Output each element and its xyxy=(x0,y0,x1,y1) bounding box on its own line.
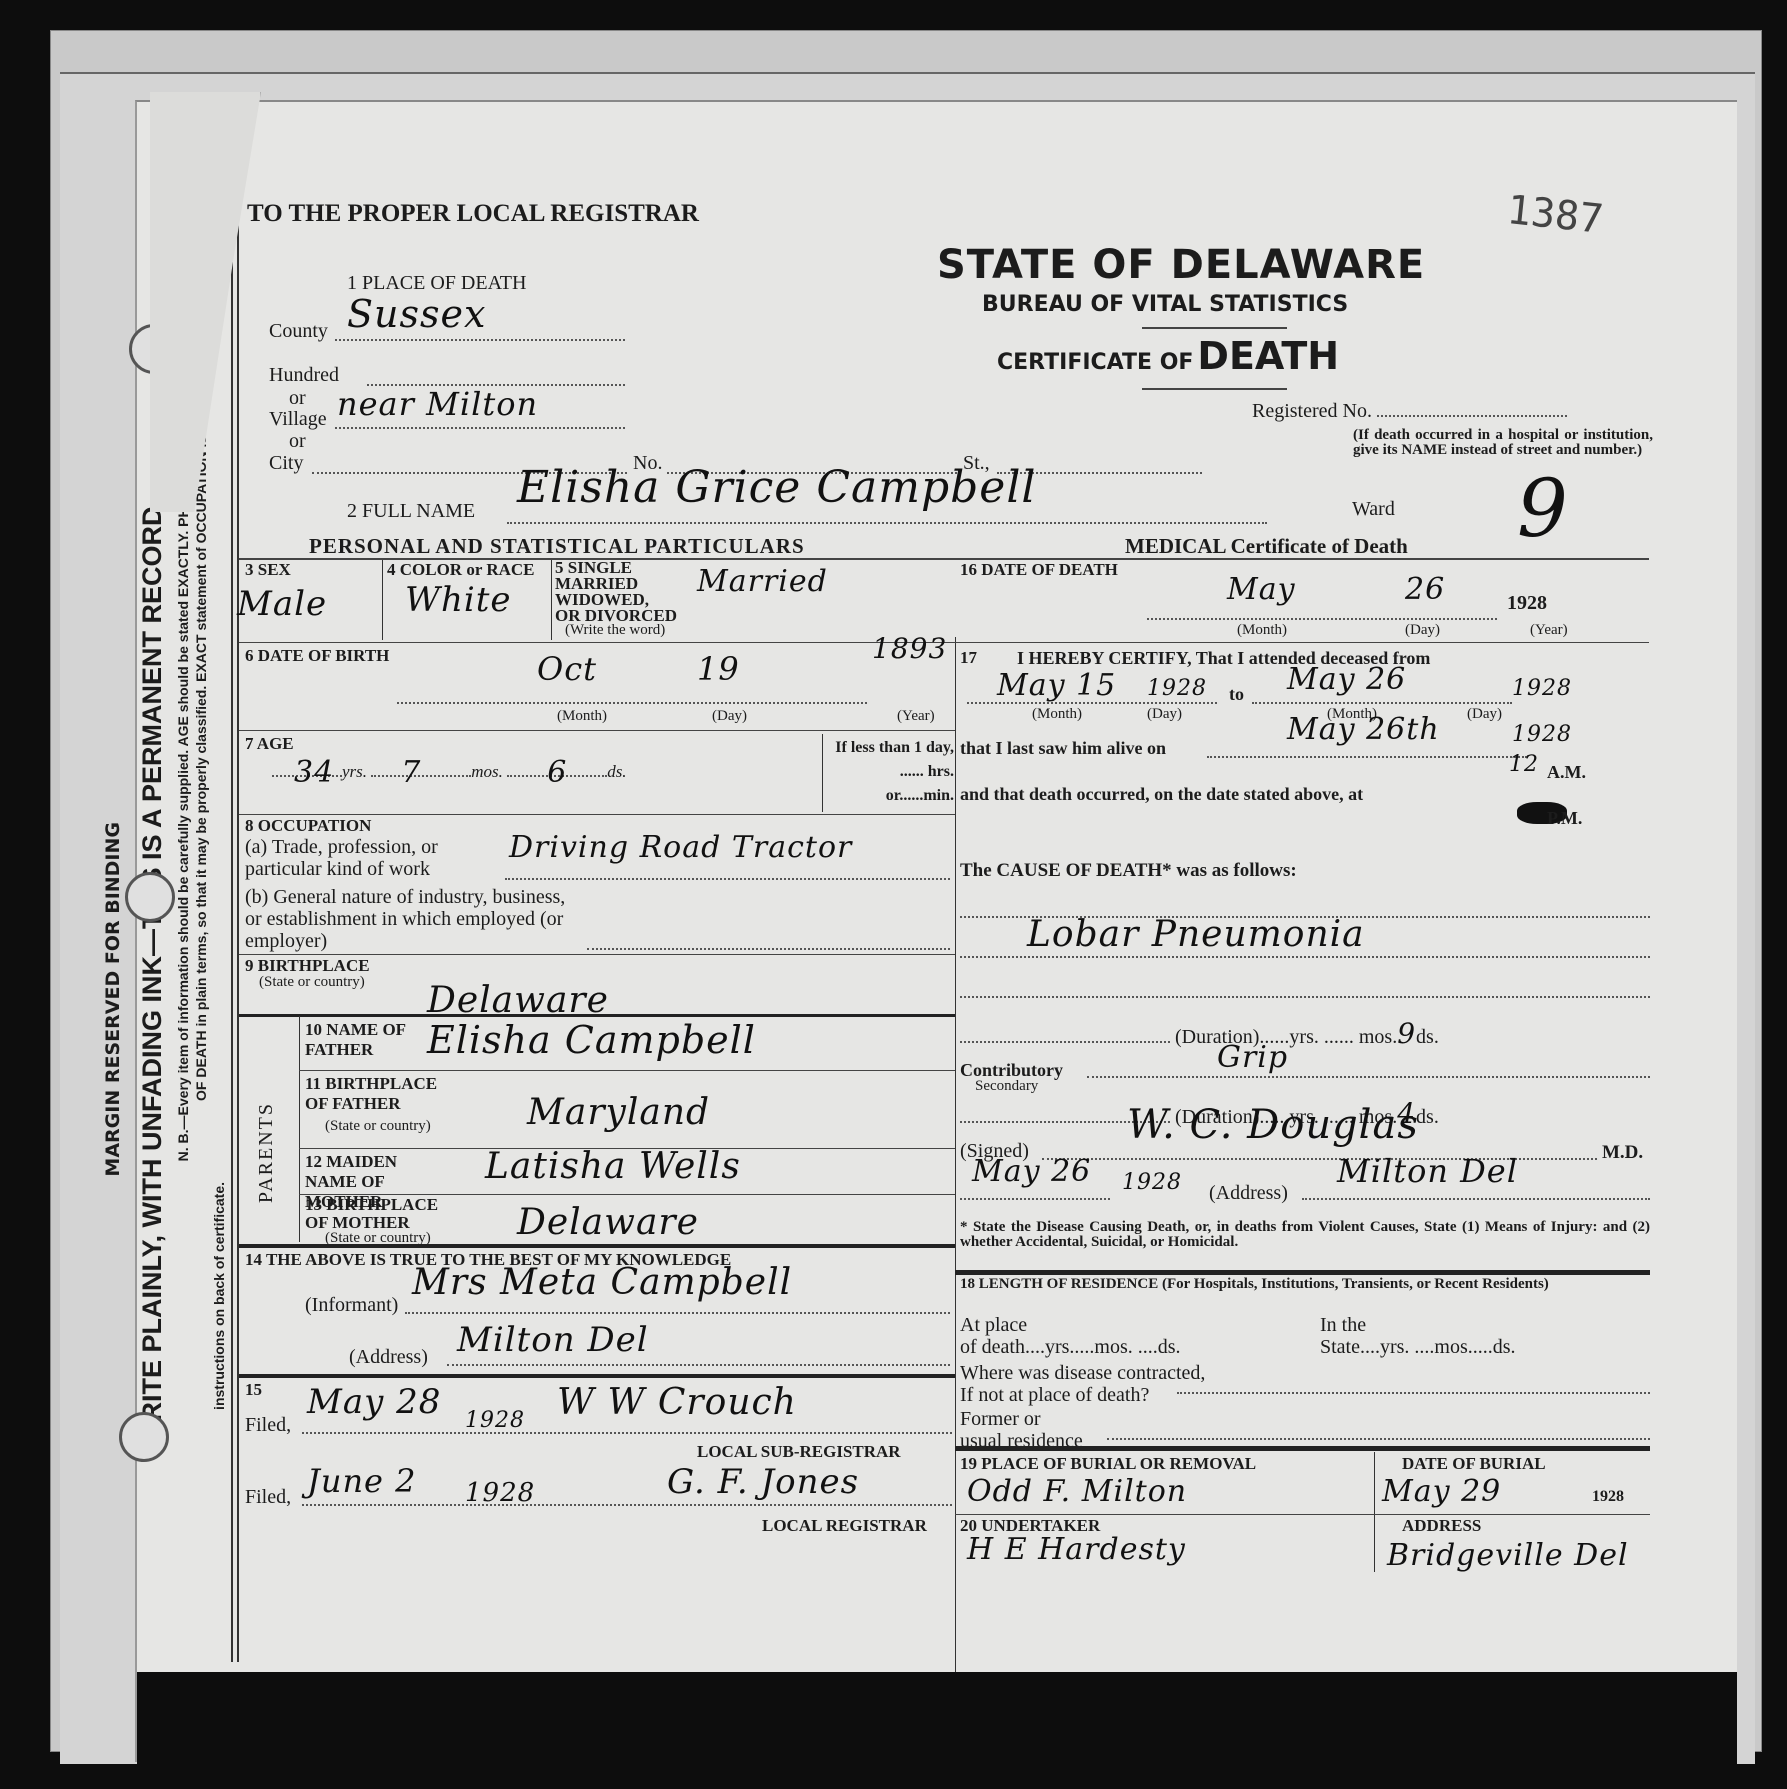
registered-no-field[interactable] xyxy=(1377,415,1567,417)
duration-1-days: 9 xyxy=(1397,1017,1416,1050)
secondary-label: Secondary xyxy=(975,1078,1038,1095)
burial-divider xyxy=(1374,1452,1375,1572)
sub-registrar-label: LOCAL SUB-REGISTRAR xyxy=(697,1442,901,1462)
age-months-value: 7 xyxy=(401,755,421,790)
to-day-caption: (Day) xyxy=(1467,706,1502,723)
dod-day-caption: (Day) xyxy=(1405,622,1440,639)
cause-label: The CAUSE OF DEATH* was as follows: xyxy=(960,860,1297,882)
dob-year: 1893 xyxy=(872,632,947,665)
filed-label-2: Filed, xyxy=(245,1486,291,1509)
certify-number: 17 xyxy=(960,648,977,668)
village-label: Village xyxy=(269,408,327,431)
residence-in-state: In the State....yrs. ....mos.....ds. xyxy=(1320,1314,1516,1358)
dob-day-caption: (Day) xyxy=(712,708,747,725)
residence-rule xyxy=(955,1446,1650,1451)
binding-hole-middle xyxy=(125,872,175,922)
physician-address-value: Milton Del xyxy=(1337,1152,1518,1190)
burial-date-value: May 29 xyxy=(1382,1474,1501,1509)
city-label: City xyxy=(269,452,303,475)
parents-divider xyxy=(299,1016,300,1242)
to-label: to xyxy=(1229,684,1244,705)
occupation-a-value: Driving Road Tractor xyxy=(509,830,852,865)
dob-day: 19 xyxy=(697,650,740,688)
race-label: 4 COLOR or RACE xyxy=(387,560,535,580)
contributory-value: Grip xyxy=(1217,1040,1288,1075)
age-label: 7 AGE xyxy=(245,734,294,754)
death-certificate: MARGIN RESERVED FOR BINDING WRITE PLAINL… xyxy=(135,100,1737,1762)
ward-label: Ward xyxy=(1352,498,1395,521)
occurred-text: and that death occurred, on the date sta… xyxy=(960,784,1363,805)
from-day-caption: (Day) xyxy=(1147,706,1182,723)
duration-2-ds: ds. xyxy=(1416,1106,1439,1128)
filed-1-date: May 28 xyxy=(307,1382,441,1422)
occupation-a-label: (a) Trade, profession, or particular kin… xyxy=(245,836,505,880)
dod-month-caption: (Month) xyxy=(1237,622,1287,639)
contributory-field[interactable] xyxy=(1087,1064,1650,1078)
birthplace-hint: (State or country) xyxy=(259,974,365,991)
burial-place-value: Odd F. Milton xyxy=(967,1474,1187,1509)
disease-contracted: Where was disease contracted, If not at … xyxy=(960,1362,1205,1406)
yrs-caption: yrs. xyxy=(342,762,367,781)
am-label: A.M. xyxy=(1547,762,1586,783)
binding-hole-bottom xyxy=(119,1412,169,1462)
certificate-death: DEATH xyxy=(1197,334,1339,378)
filing-number: 15 xyxy=(245,1380,262,1400)
hospital-note: (If death occurred in a hospital or inst… xyxy=(1353,428,1653,458)
dob-month-caption: (Month) xyxy=(557,708,607,725)
filed-2-signature: G. F. Jones xyxy=(667,1462,859,1502)
mother-birthplace-value: Delaware xyxy=(517,1202,699,1243)
dob-field[interactable] xyxy=(397,682,867,704)
filed-1-year: 1928 xyxy=(465,1408,525,1433)
certificate-prefix: CERTIFICATE OF xyxy=(997,350,1193,375)
state-title: STATE OF DELAWARE xyxy=(937,242,1425,288)
dod-day: 26 xyxy=(1405,572,1445,607)
ds-caption: ds. xyxy=(607,762,626,781)
registered-no-text: Registered No. xyxy=(1252,400,1372,422)
last-saw-year: 1928 xyxy=(1512,722,1572,747)
filed-1-signature: W W Crouch xyxy=(557,1382,797,1423)
dod-year: 1928 xyxy=(1507,592,1547,615)
center-divider xyxy=(955,637,956,1682)
row6-rule xyxy=(239,730,955,731)
duration-1-field[interactable] xyxy=(960,1041,1170,1043)
title-rule-1 xyxy=(1142,327,1287,329)
file-number: 1387 xyxy=(1505,187,1606,243)
ward-value: 9 xyxy=(1517,462,1569,555)
informant-rule xyxy=(239,1374,955,1378)
to-registrar-heading: TO THE PROPER LOCAL REGISTRAR xyxy=(247,200,699,228)
personal-heading: PERSONAL AND STATISTICAL PARTICULARS xyxy=(309,534,805,559)
burial-date-label: DATE OF BURIAL xyxy=(1402,1454,1546,1474)
signed-date: May 26 xyxy=(972,1154,1091,1189)
mother-birthplace-label: 13 BIRTHPLACE OF MOTHER xyxy=(305,1196,445,1232)
undertaker-address-label: ADDRESS xyxy=(1402,1516,1481,1536)
race-value: White xyxy=(405,580,512,620)
full-name-value: Elisha Grice Campbell xyxy=(517,462,1036,513)
burial-rule xyxy=(955,1514,1650,1515)
physician-address-label: (Address) xyxy=(1209,1182,1288,1205)
footnote-rule xyxy=(955,1270,1650,1275)
dod-year-caption: (Year) xyxy=(1530,622,1568,639)
left-border-outer xyxy=(231,222,233,1662)
attended-from-field[interactable] xyxy=(967,694,1217,704)
marital-label: 5 SINGLE MARRIED WIDOWED, OR DIVORCED xyxy=(555,560,677,624)
father-name-rule xyxy=(299,1070,955,1071)
informant-value: Mrs Meta Campbell xyxy=(412,1262,792,1303)
cause-footnote: * State the Disease Causing Death, or, i… xyxy=(960,1220,1650,1250)
from-month-caption: (Month) xyxy=(1032,706,1082,723)
burial-date-year: 1928 xyxy=(1592,1488,1624,1506)
hundred-label: Hundred xyxy=(269,364,339,387)
bottom-edge xyxy=(137,1672,1737,1772)
parents-rule xyxy=(239,1244,955,1248)
margin-reserved-text: MARGIN RESERVED FOR BINDING xyxy=(102,822,124,1177)
father-name-value: Elisha Campbell xyxy=(427,1018,756,1062)
residence-at-place: At place of death....yrs.....mos. ....ds… xyxy=(960,1314,1181,1358)
row3-rule xyxy=(239,642,955,643)
occupation-b-label: (b) General nature of industry, business… xyxy=(245,886,585,952)
age-years-field[interactable]: 34 xyxy=(272,775,342,777)
row16-rule xyxy=(955,642,1649,643)
race-marital-divider xyxy=(551,560,552,640)
age-years-value: 34 xyxy=(294,755,334,790)
last-saw-value: May 26th xyxy=(1287,712,1440,747)
md-label: M.D. xyxy=(1602,1142,1643,1164)
mother-name-value: Latisha Wells xyxy=(485,1146,741,1187)
age-days-value: 6 xyxy=(547,755,567,790)
residence-heading: 18 LENGTH OF RESIDENCE (For Hospitals, I… xyxy=(960,1276,1650,1292)
registrar-label: LOCAL REGISTRAR xyxy=(762,1516,927,1536)
sex-value: Male xyxy=(237,584,327,624)
pm-label: P.M. xyxy=(1547,808,1582,829)
age-months-field[interactable]: 7 xyxy=(371,775,471,777)
dod-month: May xyxy=(1227,572,1296,607)
title-rule-2 xyxy=(1142,388,1287,390)
row7-rule xyxy=(239,814,955,815)
county-value: Sussex xyxy=(347,292,486,336)
occupation-label: 8 OCCUPATION xyxy=(245,816,371,836)
last-saw-text: that I last saw him alive on xyxy=(960,738,1166,759)
less-than-day-note: If less than 1 day, ...... hrs. or......… xyxy=(829,736,954,808)
dob-label: 6 DATE OF BIRTH xyxy=(245,646,389,666)
filed-label-1: Filed, xyxy=(245,1414,291,1437)
cause-line-3[interactable] xyxy=(960,990,1650,998)
attended-to-field[interactable] xyxy=(1252,694,1512,704)
filed-2-year: 1928 xyxy=(465,1478,535,1508)
informant-address-label: (Address) xyxy=(349,1346,428,1369)
father-birthplace-hint: (State or country) xyxy=(325,1118,431,1135)
marital-hint: (Write the word) xyxy=(565,622,665,639)
undertaker-address-value: Bridgeville Del xyxy=(1387,1534,1647,1578)
occupation-b-field[interactable] xyxy=(587,932,950,950)
father-name-label: 10 NAME OF FATHER xyxy=(305,1020,415,1060)
burial-place-label: 19 PLACE OF BURIAL OR REMOVAL xyxy=(960,1454,1256,1474)
or-label-1: or xyxy=(289,387,306,410)
duration-1-ds: ds. xyxy=(1416,1026,1439,1048)
hundred-field[interactable] xyxy=(367,364,625,386)
signed-year: 1928 xyxy=(1122,1170,1182,1195)
registered-no-label: Registered No. xyxy=(1252,400,1567,423)
attended-to-year: 1928 xyxy=(1512,676,1572,701)
dob-month: Oct xyxy=(537,650,597,688)
village-value: near Milton xyxy=(337,385,538,423)
left-border-inner xyxy=(237,222,239,1662)
informant-label: (Informant) xyxy=(305,1294,398,1317)
dod-label: 16 DATE OF DEATH xyxy=(960,560,1118,580)
informant-address-value: Milton Del xyxy=(457,1320,649,1360)
birthplace-label: 9 BIRTHPLACE xyxy=(245,956,370,976)
sex-race-divider xyxy=(382,560,383,640)
sex-label: 3 SEX xyxy=(245,560,291,580)
nb-note-3: instructions on back of certificate. xyxy=(211,1182,227,1410)
filed-2-date: June 2 xyxy=(307,1462,417,1500)
duration-1: (Duration)......yrs. ...... mos.9ds. xyxy=(960,1017,1439,1050)
county-label: County xyxy=(269,320,328,343)
certificate-title: CERTIFICATE OF DEATH xyxy=(997,334,1339,378)
medical-heading: MEDICAL Certificate of Death xyxy=(1125,534,1408,559)
father-birthplace-label: 11 BIRTHPLACE OF FATHER xyxy=(305,1074,445,1114)
birthplace-rule xyxy=(239,1014,955,1017)
age-divider xyxy=(822,734,823,812)
undertaker-value: H E Hardesty xyxy=(967,1532,1186,1567)
or-label-2: or xyxy=(289,430,306,453)
marital-value: Married xyxy=(697,564,828,599)
dob-year-caption: (Year) xyxy=(897,708,935,725)
parents-section-label: PARENTS xyxy=(255,1102,278,1203)
row8-rule xyxy=(239,954,955,955)
father-birthplace-value: Maryland xyxy=(527,1092,710,1133)
mos-caption: mos. xyxy=(471,762,503,781)
signed-value: W. C. Douglas xyxy=(1127,1102,1419,1148)
attended-to: May 26 xyxy=(1287,662,1406,697)
bureau-title: BUREAU OF VITAL STATISTICS xyxy=(982,292,1348,317)
cause-value: Lobar Pneumonia xyxy=(1027,914,1365,955)
full-name-label: 2 FULL NAME xyxy=(347,500,475,523)
disease-contracted-field[interactable] xyxy=(1177,1384,1650,1394)
time-value: 12 xyxy=(1509,752,1539,777)
former-residence-field[interactable] xyxy=(1107,1430,1650,1440)
age-days-field[interactable]: 6 xyxy=(507,775,607,777)
age-row: 34yrs. 7mos. 6ds. xyxy=(272,762,627,782)
